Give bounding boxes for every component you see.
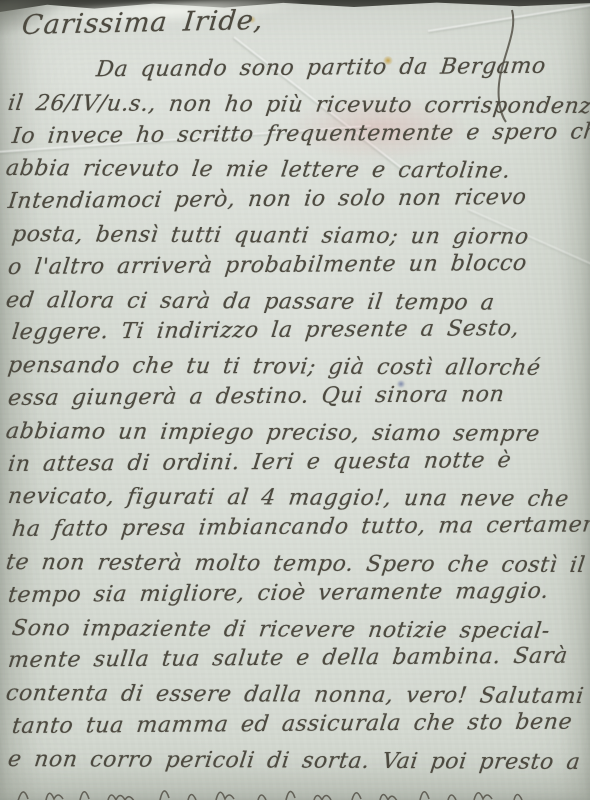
letter-page: Carissima Iride, Da quando sono partito … (0, 0, 590, 800)
letter-line: Io invece ho scritto frequentemente e sp… (10, 115, 590, 154)
letter-line: tempo sia migliore, cioè veramente maggi… (6, 574, 590, 613)
letter-line: o l'altro arriverà probabilmente un bloc… (6, 246, 590, 285)
letter-line: leggere. Ti indirizzo la presente a Sest… (10, 311, 590, 350)
letter-line: Intendiamoci però, non io solo non ricev… (6, 180, 590, 219)
letter-line: ha fatto presa imbiancando tutto, ma cer… (10, 508, 590, 547)
letter-line: e non corro pericoli di sorta. Vai poi p… (6, 744, 590, 781)
letter-line: Da quando sono partito da Bergamo (6, 49, 590, 88)
partial-bottom-line (12, 782, 572, 800)
letter-line: in attesa di ordini. Ieri e questa notte… (6, 443, 590, 482)
letter-line: essa giungerà a destino. Qui sinora non (6, 377, 590, 416)
letter-body: Da quando sono partito da Bergamo il 26/… (8, 55, 590, 777)
letter-text: Carissima Iride, Da quando sono partito … (8, 10, 590, 777)
letter-line: mente sulla tua salute e della bambina. … (6, 639, 590, 678)
letter-line: tanto tua mamma ed assicurala che sto be… (10, 705, 590, 744)
